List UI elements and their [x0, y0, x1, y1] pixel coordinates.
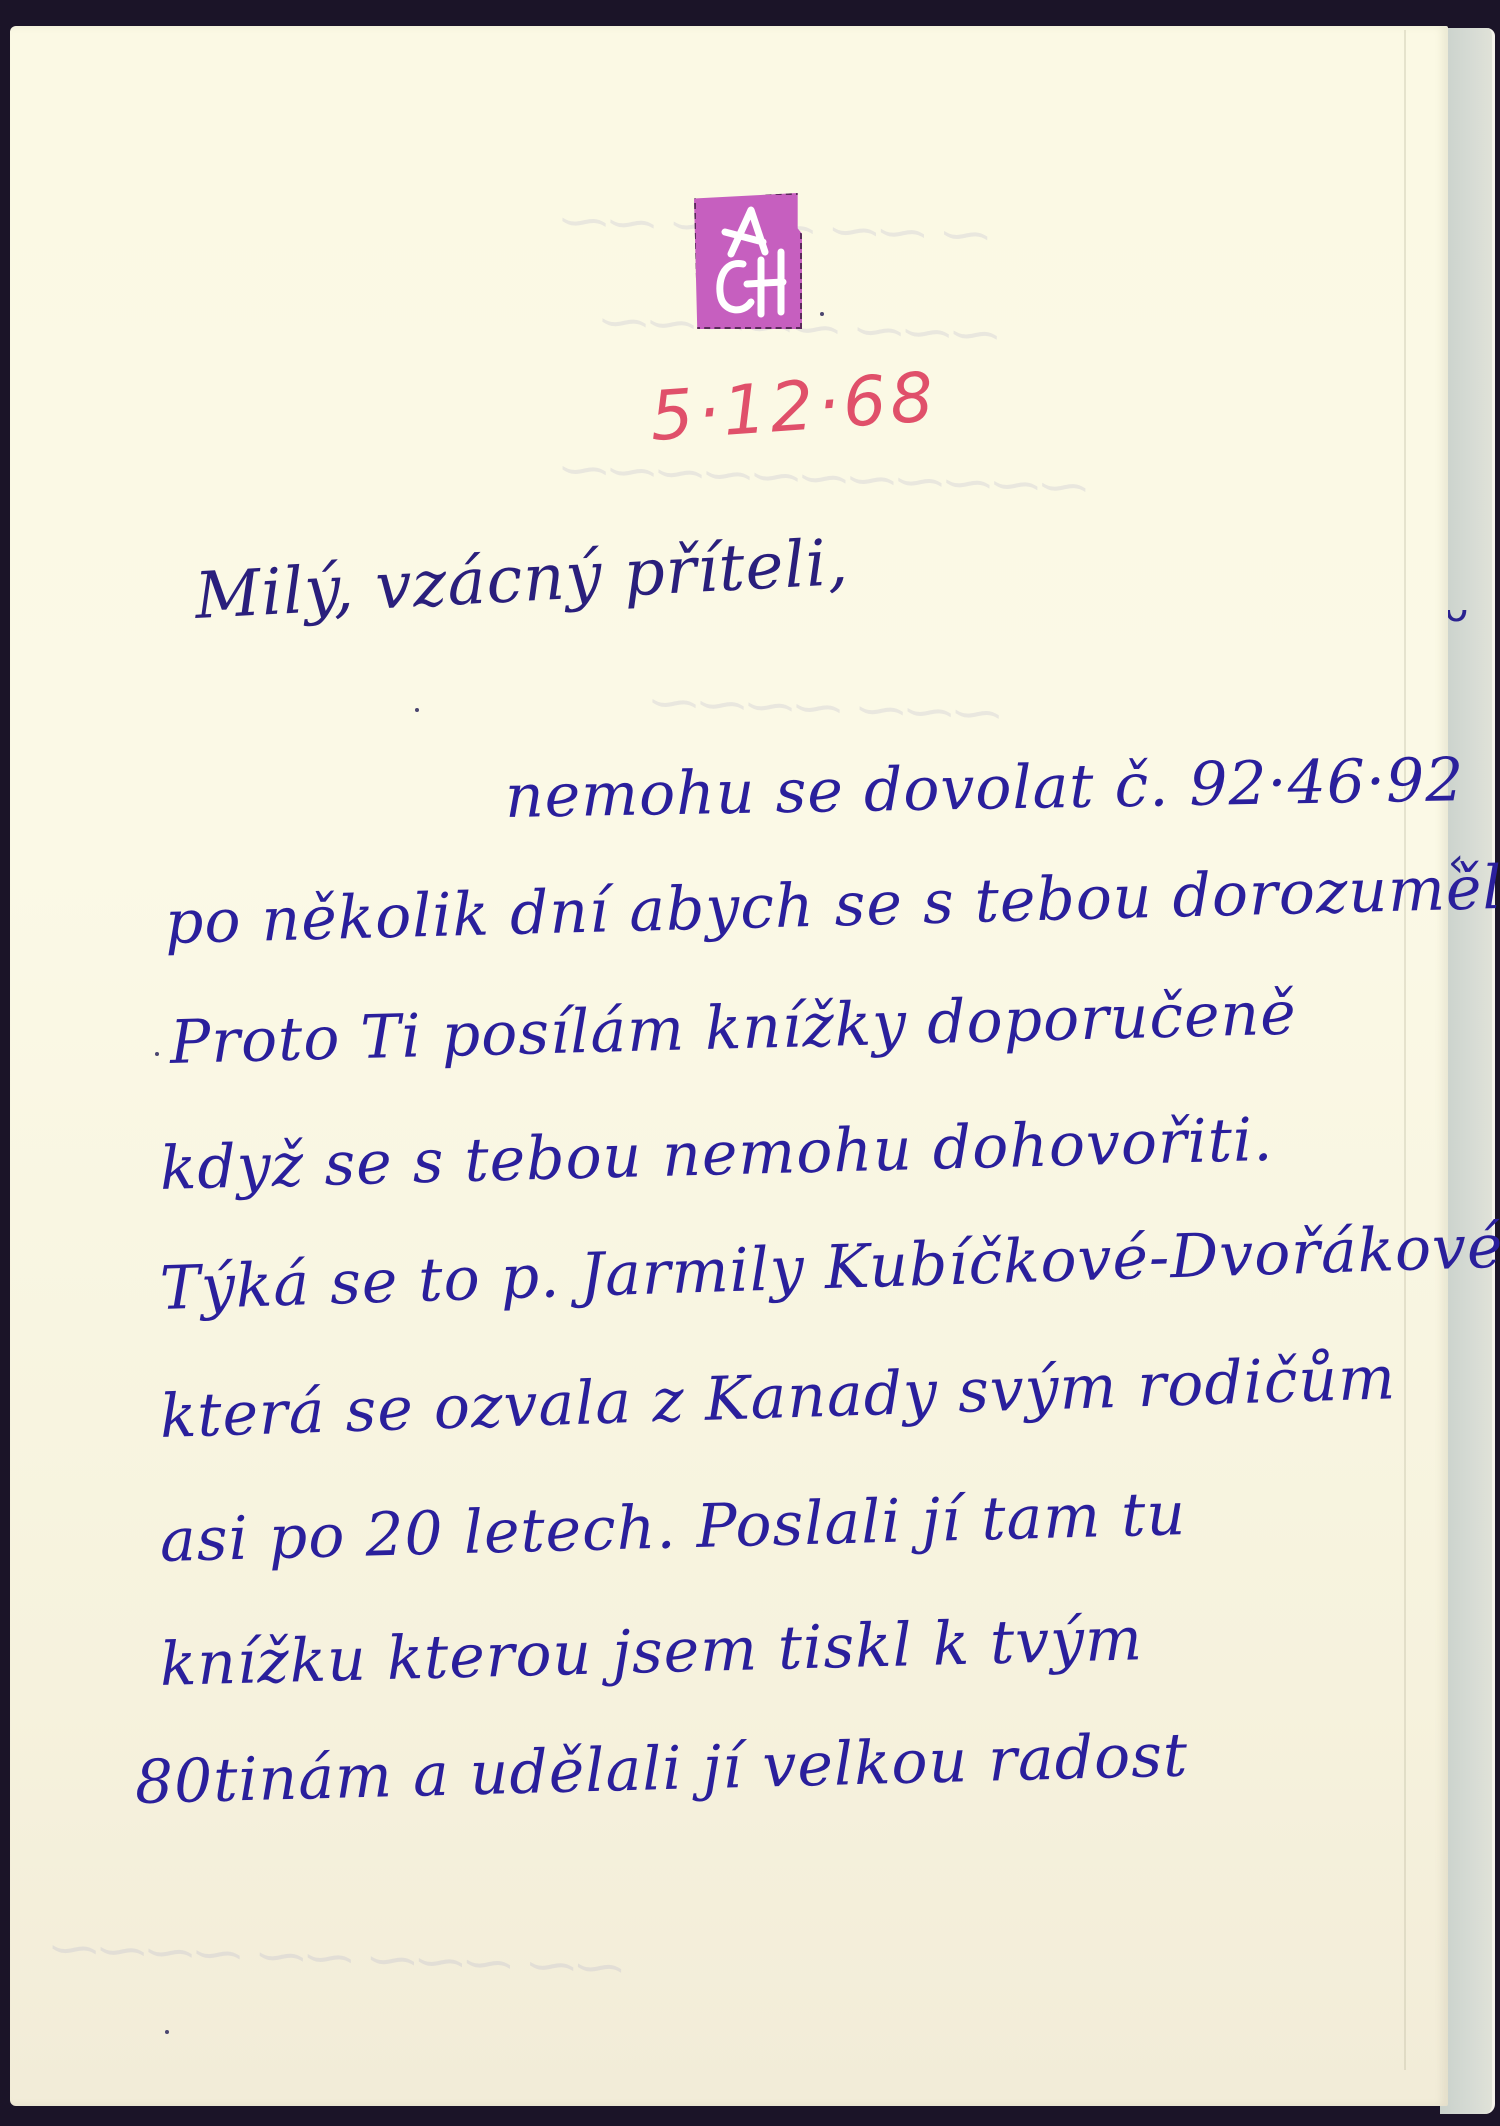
- ach-monogram-icon: [703, 202, 793, 320]
- underlying-sheet-edge: ᴗ ‹ .: [1440, 28, 1495, 2114]
- paper-speck: [820, 312, 824, 316]
- paper-speck: [155, 1052, 159, 1056]
- paper-fold-line: [1404, 30, 1406, 2070]
- paper-speck: [165, 2030, 169, 2034]
- monogram-stamp-icon: [694, 193, 802, 329]
- paper-speck: [415, 708, 419, 712]
